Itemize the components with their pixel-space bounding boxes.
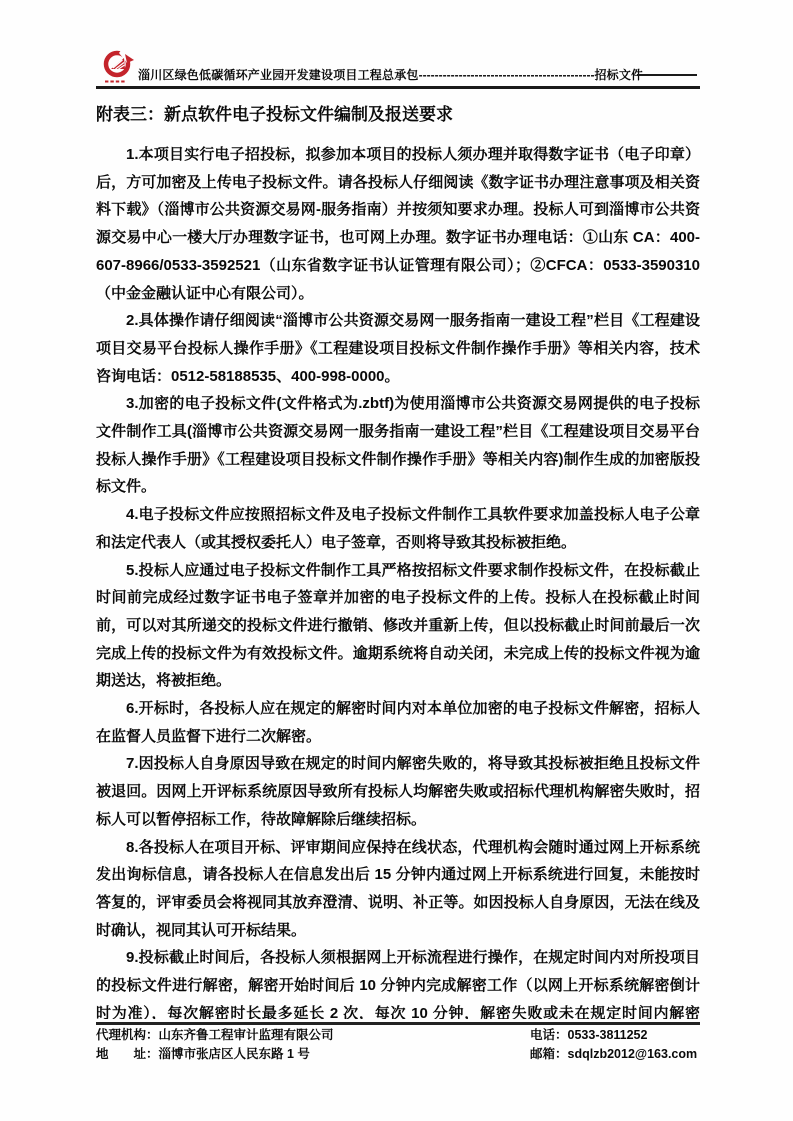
footer-contact-block: 电话：0533-3811252 邮箱：sdqlzb2012@163.com: [530, 1026, 697, 1063]
paragraph-4: 4.电子投标文件应按照招标文件及电子投标文件制作工具软件要求加盖投标人电子公章和…: [96, 501, 700, 556]
footer-email-value: sdqlzb2012@163.com: [568, 1047, 698, 1061]
company-logo-icon: [103, 49, 135, 90]
paragraph-2: 2.具体操作请仔细阅读“淄博市公共资源交易网一服务指南一建设工程”栏目《工程建设…: [96, 307, 700, 390]
footer-agency-label: 代理机构：: [96, 1028, 159, 1042]
paragraph-1: 1.本项目实行电子招投标，拟参加本项目的投标人须办理并取得数字证书（电子印章）后…: [96, 141, 700, 307]
paragraph-8: 8.各投标人在项目开标、评审期间应保持在线状态，代理机构会随时通过网上开标系统发…: [96, 834, 700, 945]
page-header: 淄川区绿色低碳循环产业园开发建设项目工程总承包-----------------…: [138, 66, 643, 83]
footer-address-label: 地 址：: [96, 1047, 159, 1061]
footer-agency-value: 山东齐鲁工程审计监理有限公司: [159, 1028, 334, 1042]
document-body: 1.本项目实行电子招投标，拟参加本项目的投标人须办理并取得数字证书（电子印章）后…: [96, 141, 700, 1019]
paragraph-7: 7.因投标人自身原因导致在规定的时间内解密失败的，将导致其投标被拒绝且投标文件被…: [96, 750, 700, 833]
footer-phone-label: 电话：: [530, 1028, 568, 1042]
page-title: 附表三：新点软件电子投标文件编制及报送要求: [96, 100, 453, 125]
header-page-marker-line: [637, 74, 697, 76]
footer-divider: [96, 1022, 700, 1025]
footer-email-label: 邮箱：: [530, 1047, 568, 1061]
footer-phone-value: 0533-3811252: [568, 1028, 648, 1042]
paragraph-6: 6.开标时，各投标人应在规定的解密时间内对本单位加密的电子投标文件解密，招标人在…: [96, 695, 700, 750]
paragraph-3: 3.加密的电子投标文件(文件格式为.zbtf)为使用淄博市公共资源交易网提供的电…: [96, 390, 700, 501]
page-footer: 代理机构：山东齐鲁工程审计监理有限公司 地 址：淄博市张店区人民东路 1 号 电…: [96, 1026, 700, 1063]
header-dash-filler: ----------------------------------------…: [419, 68, 595, 82]
paragraph-9: 9.投标截止时间后，各投标人须根据网上开标流程进行操作，在规定时间内对所投项目的…: [96, 944, 700, 1019]
header-doc-type: 招标文件: [594, 68, 643, 82]
header-project-name: 淄川区绿色低碳循环产业园开发建设项目工程总承包: [138, 68, 419, 82]
footer-email-line: 邮箱：sdqlzb2012@163.com: [530, 1045, 697, 1064]
header-divider: [96, 86, 700, 89]
footer-address-value: 淄博市张店区人民东路 1 号: [159, 1047, 310, 1061]
paragraph-5: 5.投标人应通过电子投标文件制作工具严格按招标文件要求制作投标文件，在投标截止时…: [96, 557, 700, 696]
document-page: 淄川区绿色低碳循环产业园开发建设项目工程总承包-----------------…: [0, 0, 793, 1121]
footer-phone-line: 电话：0533-3811252: [530, 1026, 697, 1045]
